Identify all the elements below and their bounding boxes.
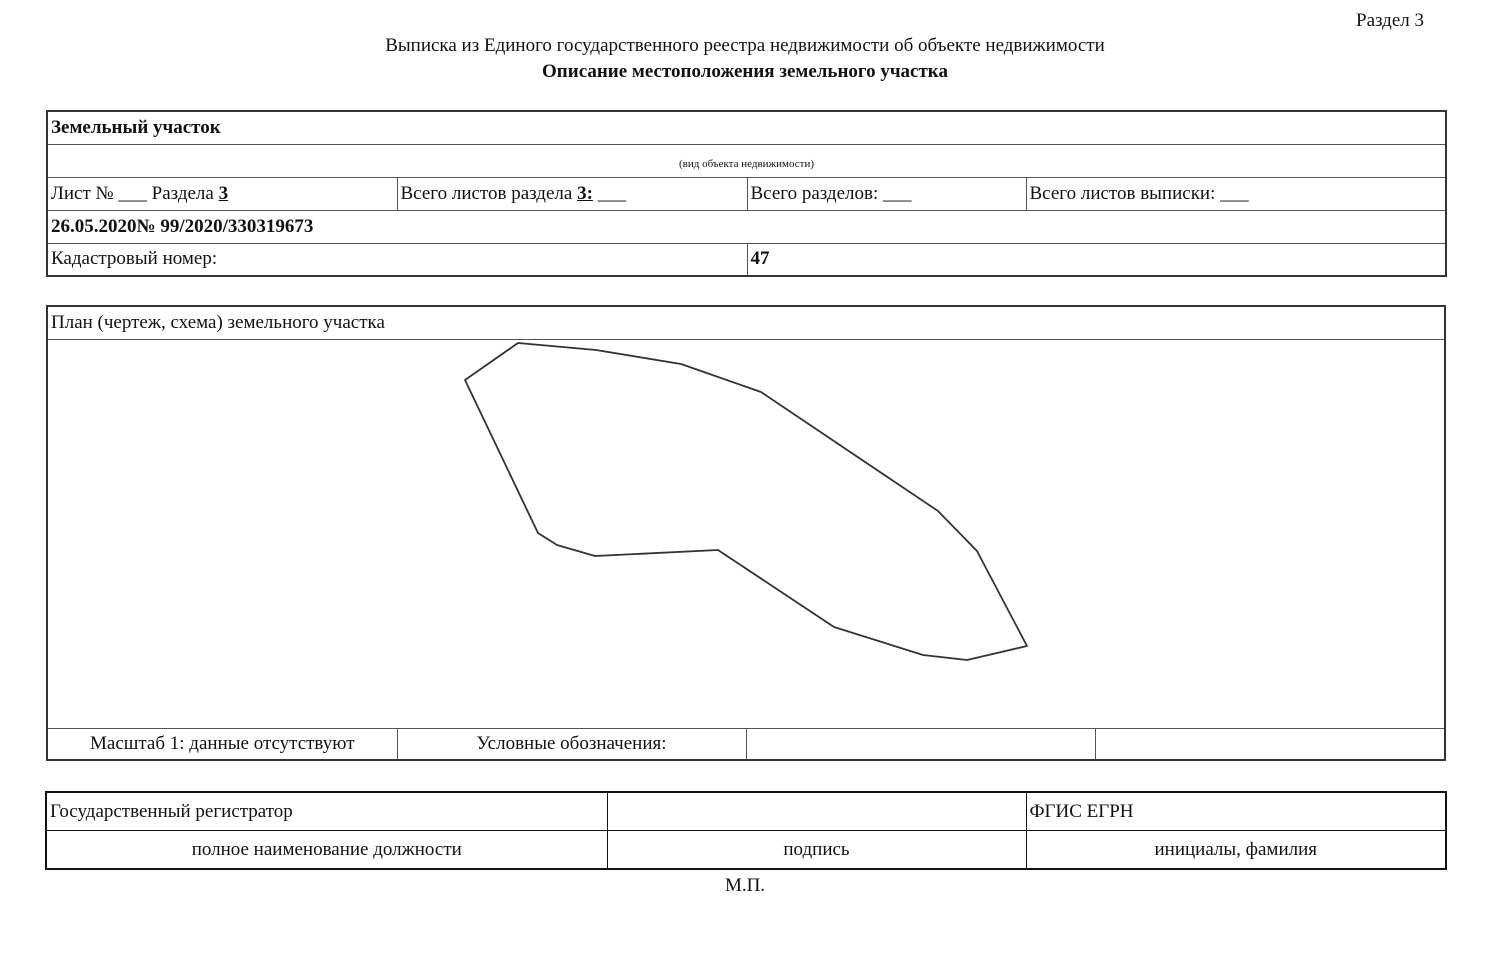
total-extract-sheets: Всего листов выписки: ___ [1026, 177, 1446, 210]
signature-caption: подпись [607, 831, 1026, 870]
stamp-place: М.П. [0, 875, 1490, 897]
total-section-sheets-blank: ___ [593, 183, 626, 204]
section-label: Раздел 3 [1356, 10, 1424, 32]
land-plot-outline [48, 340, 1444, 728]
cadastral-number-value: 47 [747, 243, 1446, 276]
date-and-number: 26.05.2020№ 99/2020/330319673 [47, 210, 1446, 243]
plan-drawing-area [47, 339, 1445, 728]
cadastral-number-label: Кадастровый номер: [47, 243, 747, 276]
registrar-label: Государственный регистратор [46, 792, 607, 831]
plan-title: План (чертеж, схема) земельного участка [47, 306, 1445, 339]
plan-scale: Масштаб 1: данные отсутствуют [47, 728, 397, 760]
plan-table: План (чертеж, схема) земельного участка … [46, 305, 1446, 761]
name-caption: инициалы, фамилия [1026, 831, 1446, 870]
legend-cell-2 [1095, 728, 1445, 760]
object-info-table: Земельный участок (вид объекта недвижимо… [46, 110, 1447, 277]
signature-field [607, 792, 1026, 831]
total-section-sheets: Всего листов раздела 3: ___ [397, 177, 747, 210]
position-caption: полное наименование должности [46, 831, 607, 870]
document-title: Выписка из Единого государственного реес… [0, 35, 1490, 57]
object-type: Земельный участок [47, 111, 1446, 144]
object-type-caption: (вид объекта недвижимости) [47, 144, 1446, 177]
total-sections: Всего разделов: ___ [747, 177, 1026, 210]
document-subtitle: Описание местоположения земельного участ… [0, 61, 1490, 83]
sheet-number: Лист № ___ Раздела 3 [47, 177, 397, 210]
legend-label: Условные обозначения: [397, 728, 746, 760]
total-section-sheets-label: Всего листов раздела [401, 183, 578, 204]
legend-cell-1 [746, 728, 1095, 760]
total-section-sheets-section: 3: [577, 183, 593, 204]
registrar-org: ФГИС ЕГРН [1026, 792, 1446, 831]
sheet-number-label: Лист № ___ Раздела [51, 183, 219, 204]
signature-table: Государственный регистратор ФГИС ЕГРН по… [45, 791, 1447, 870]
sheet-section-number: 3 [219, 183, 229, 204]
